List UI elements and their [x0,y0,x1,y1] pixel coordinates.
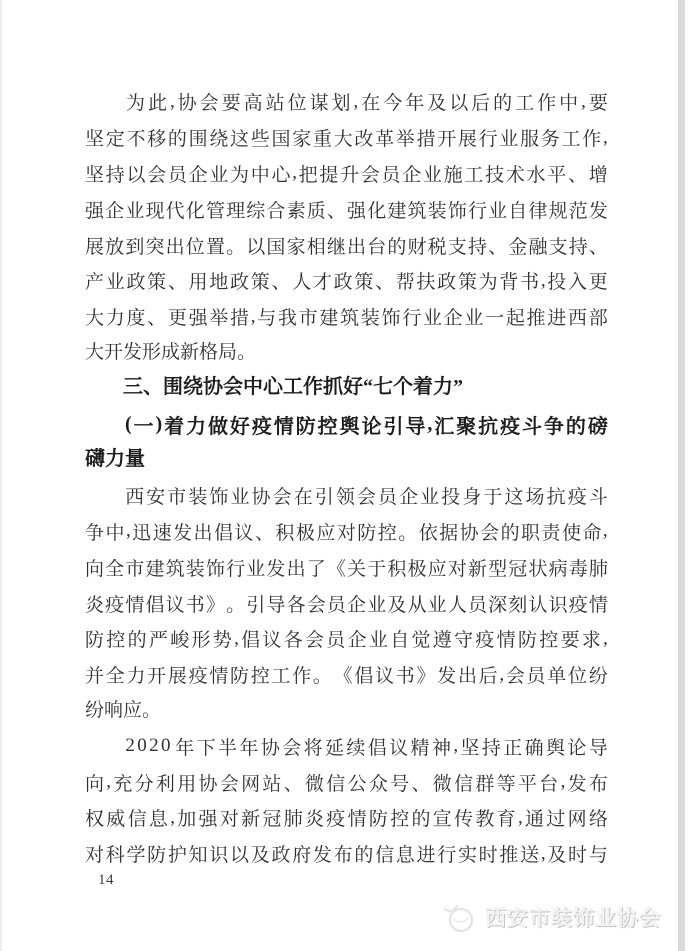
scan-edge-left [0,0,2,951]
section-heading: 三、围绕协会中心工作抓好“七个着力” [85,370,608,406]
watermark-text: 西安市装饰业协会 [485,902,661,932]
document-line: 大力度、更强举措,与我市建筑装饰行业企业一起推进西部 [85,299,608,335]
document-line: 向全市建筑装饰行业发出了《关于积极应对新型冠状病毒肺 [85,549,608,585]
document-line: 坚定不移的围绕这些国家重大改革举措开展行业服务工作, [85,120,608,156]
document-line: 坚持以会员企业为中心,把提升会员企业施工技术水平、增 [85,156,608,192]
subsection-heading: (一)着力做好疫情防控舆论引导,汇聚抗疫斗争的磅 [85,406,608,442]
document-line: 争中,迅速发出倡议、积极应对防控。依据协会的职责使命, [85,514,608,550]
document-line: 强企业现代化管理综合素质、强化建筑装饰行业自律规范发 [85,191,608,227]
page-number: 14 [98,872,114,889]
document-line: 展放到突出位置。以国家相继出台的财税支持、金融支持、 [85,227,608,263]
document-line: 2020 年下半年协会将延续倡议精神,坚持正确舆论导 [85,728,608,764]
document-line: 权威信息,加强对新冠肺炎疫情防控的宣传教育,通过网络 [85,800,608,836]
document-line: 对科学防护知识以及政府发布的信息进行实时推送,及时与 [85,836,608,872]
footer-watermark: 西安市装饰业协会 [442,899,661,935]
scan-edge-right [678,0,685,951]
document-line: 向,充分利用协会网站、微信公众号、微信群等平台,发布 [85,764,608,800]
document-line: 大开发形成新格局。 [85,335,608,371]
document-line: 并全力开展疫情防控工作。《倡议书》发出后,会员单位纷 [85,657,608,693]
subsection-heading-continued: 礴力量 [85,442,608,478]
document-line: 为此,协会要高站位谋划,在今年及以后的工作中,要 [85,84,608,120]
document-line: 产业政策、用地政策、人才政策、帮扶政策为背书,投入更 [85,263,608,299]
document-line: 炎疫情倡议书》。引导各会员企业及从业人员深刻认识疫情 [85,585,608,621]
document-line: 西安市装饰业协会在引领会员企业投身于这场抗疫斗 [85,478,608,514]
document-line: 纷响应。 [85,693,608,729]
body-text-block: 为此,协会要高站位谋划,在今年及以后的工作中,要 坚定不移的围绕这些国家重大改革… [85,84,608,872]
association-emblem-icon [442,899,478,935]
document-line: 防控的严峻形势,倡议各会员企业自觉遵守疫情防控要求, [85,621,608,657]
document-page: 为此,协会要高站位谋划,在今年及以后的工作中,要 坚定不移的围绕这些国家重大改革… [0,0,688,951]
